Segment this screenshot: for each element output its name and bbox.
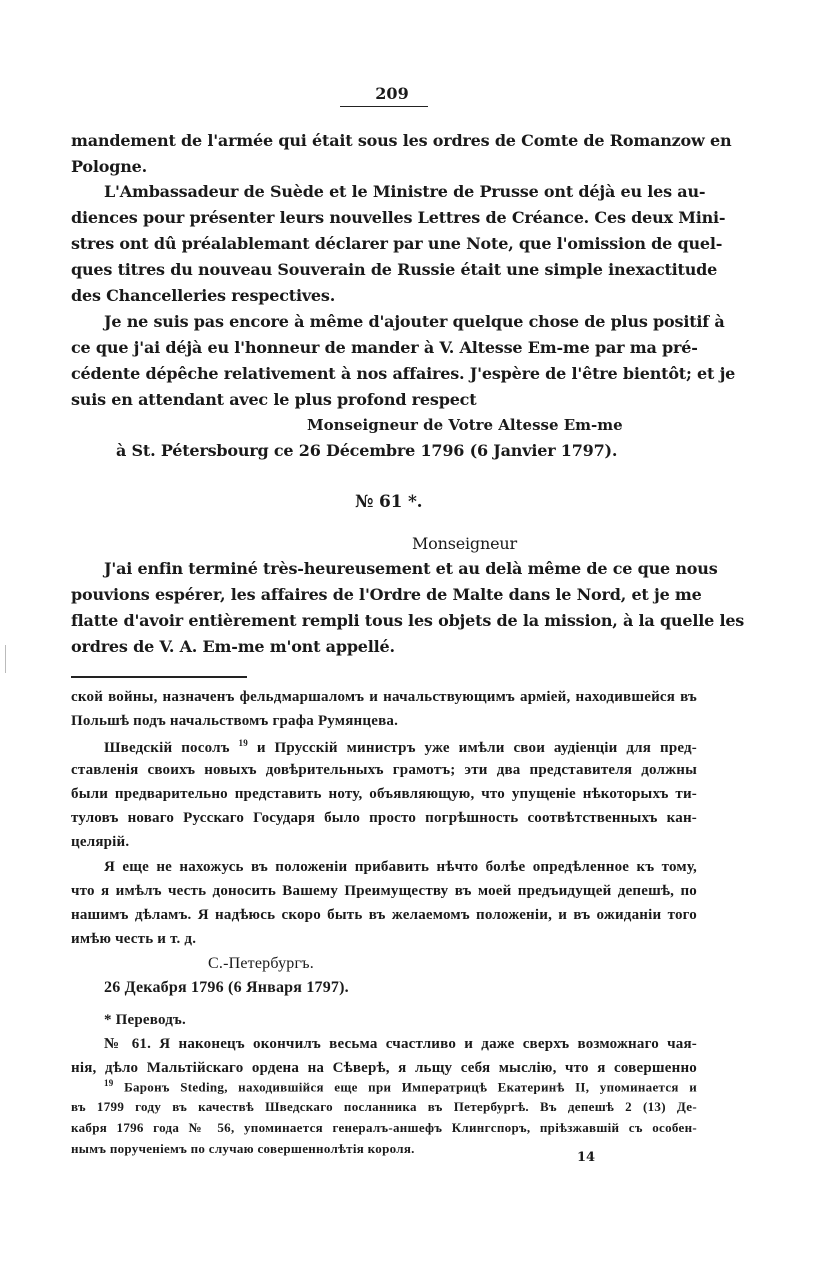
text-line: ques titres du nouveau Souverain de Russ… [71, 260, 697, 279]
translation-note: * Переводъ. [104, 1012, 186, 1029]
text-line: cédente dépêche relativement à nos affai… [71, 364, 697, 383]
footnote-line: нымъ порученіемъ по случаю совершеннолѣт… [71, 1141, 697, 1157]
date-line: à St. Pétersbourg ce 26 Décembre 1796 (6… [116, 441, 617, 460]
text-line: J'ai enfin terminé très-heureusement et … [104, 559, 697, 578]
text-line: Я еще не нахожусь въ положеніи прибавить… [104, 859, 697, 876]
footnote-line: кабря 1796 года № 56, упоминается генера… [71, 1120, 697, 1136]
text-line: ordres de V. A. Em-me m'ont appellé. [71, 637, 697, 656]
closing-formula: Monseigneur de Votre Altesse Em-me [307, 416, 623, 434]
footnote-separator [71, 676, 247, 678]
text-span: и Прусскій министръ уже имѣли свои аудіе… [257, 740, 697, 756]
text-line: № 61. Я наконецъ окончилъ весьма счастли… [104, 1036, 697, 1053]
text-line: pouvions espérer, les affaires de l'Ordr… [71, 585, 697, 604]
page-number: 209 [357, 84, 427, 103]
footnote-reference[interactable]: 19 [239, 738, 248, 748]
text-line: что я имѣлъ честь доносить Вашему Преиму… [71, 883, 697, 900]
text-line: были предварительно представить ноту, об… [71, 786, 697, 803]
text-line: Pologne. [71, 157, 697, 176]
footnote-marker: 19 [104, 1078, 114, 1088]
text-line: Польшѣ подъ начальствомъ графа Румянцева… [71, 713, 697, 730]
footnote-line: въ 1799 году въ качествѣ Шведскаго посла… [71, 1099, 697, 1115]
text-line: suis en attendant avec le plus profond r… [71, 390, 697, 409]
text-line: Шведскій посолъ 19 и Прусскій министръ у… [104, 738, 697, 757]
text-line: L'Ambassadeur de Suède et le Ministre de… [104, 182, 697, 201]
text-line: ce que j'ai déjà eu l'honneur de mander … [71, 338, 697, 357]
text-line: нашимъ дѣламъ. Я надѣюсь скоро быть въ ж… [71, 907, 697, 924]
text-line: ской войны, назначенъ фельдмаршаломъ и н… [71, 689, 697, 706]
text-line: diences pour présenter leurs nouvelles L… [71, 208, 697, 227]
page-number-rule [340, 106, 428, 107]
text-line: stres ont dû préalablemant déclarer par … [71, 234, 697, 253]
place-line: С.-Петербургъ. [208, 955, 314, 973]
text-line: целярій. [71, 834, 697, 851]
text-span: Шведскій посолъ [104, 740, 230, 756]
scan-artifact [5, 645, 6, 673]
text-line: Je ne suis pas encore à même d'ajouter q… [104, 312, 697, 331]
text-line: имѣю честь и т. д. [71, 931, 697, 948]
text-line: flatte d'avoir entièrement rempli tous l… [71, 611, 697, 630]
text-line: des Chancelleries respectives. [71, 286, 697, 305]
signature-mark: 14 [577, 1150, 595, 1165]
text-span: Баронъ Steding, находившійся еще при Имп… [124, 1079, 697, 1094]
text-line: туловъ новаго Русскаго Государя было про… [71, 810, 697, 827]
text-line: нія, дѣло Мальтійскаго ордена на Сѣверѣ,… [71, 1060, 697, 1077]
document-heading: № 61 *. [355, 492, 422, 512]
footnote-line: 19 Баронъ Steding, находившійся еще при … [104, 1078, 697, 1095]
salutation: Monseigneur [412, 534, 517, 553]
date-line: 26 Декабря 1796 (6 Января 1797). [104, 979, 349, 997]
document-page: 209 mandement de l'armée qui était sous … [0, 0, 834, 1267]
text-line: ставленія своихъ новыхъ довѣрительныхъ г… [71, 762, 697, 779]
text-line: mandement de l'armée qui était sous les … [71, 131, 697, 150]
